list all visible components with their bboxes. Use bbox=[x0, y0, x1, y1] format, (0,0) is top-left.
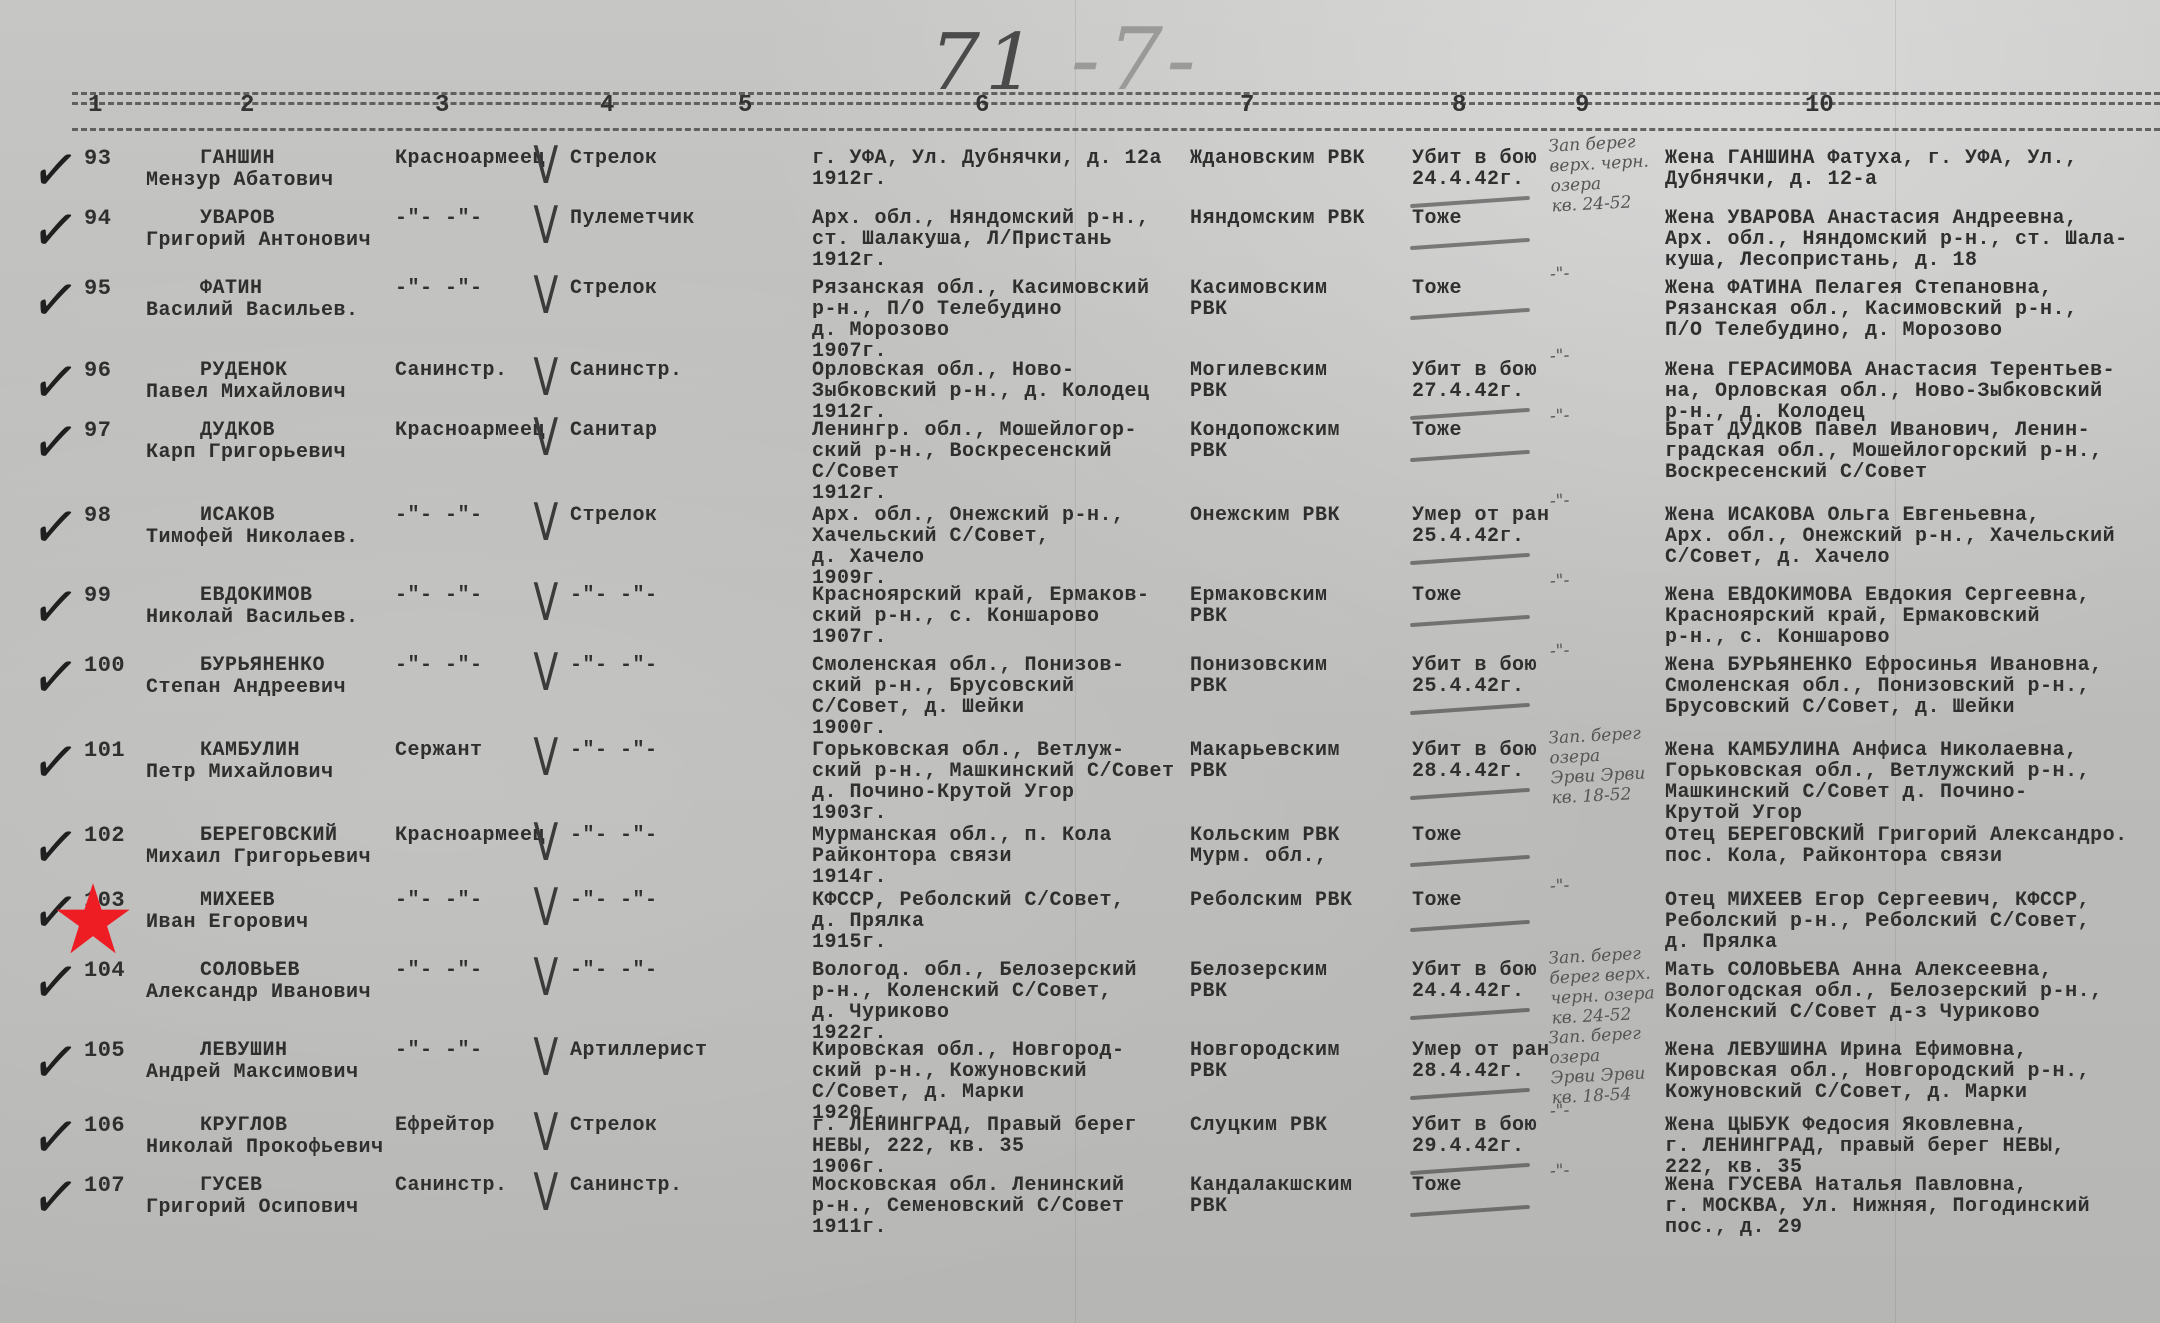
pencil-underline bbox=[1410, 920, 1530, 932]
fate-date: Тоже bbox=[1412, 890, 1462, 911]
next-of-kin: Жена ГАНШИНА Фатуха, г. УФА, Ул., Дубняч… bbox=[1665, 148, 2078, 190]
birthplace-year: КФССР, Реболский С/Совет, д. Прялка 1915… bbox=[812, 890, 1125, 953]
fate-date: Тоже bbox=[1412, 208, 1462, 229]
fate-date: Убит в бою 29.4.42г. bbox=[1412, 1115, 1537, 1157]
draft-office: Кандалакшским РВК bbox=[1190, 1175, 1353, 1217]
next-of-kin: Жена УВАРОВА Анастасия Андреевна, Арх. о… bbox=[1665, 208, 2128, 271]
burial-note: -"- bbox=[1549, 641, 1569, 662]
verify-mark-icon: V bbox=[533, 408, 558, 468]
rank: Санинстр. bbox=[395, 1175, 508, 1196]
position: Стрелок bbox=[570, 505, 658, 526]
column-number: 5 bbox=[738, 92, 752, 119]
verify-mark-icon: V bbox=[533, 493, 558, 553]
entry-number: 105 bbox=[84, 1040, 125, 1061]
fate-date: Убит в бою 27.4.42г. bbox=[1412, 360, 1537, 402]
next-of-kin: Жена КАМБУЛИНА Анфиса Николаевна, Горько… bbox=[1665, 740, 2090, 824]
next-of-kin: Брат ДУДКОВ Павел Иванович, Ленин- градс… bbox=[1665, 420, 2103, 483]
entry-number: 94 bbox=[84, 208, 111, 229]
birthplace-year: Арх. обл., Онежский р-н., Хачельский С/С… bbox=[812, 505, 1125, 589]
burial-note: -"- bbox=[1549, 1161, 1569, 1182]
pencil-underline bbox=[1410, 308, 1530, 320]
column-number: 7 bbox=[1240, 92, 1254, 119]
entry-number: 102 bbox=[84, 825, 125, 846]
position: Стрелок bbox=[570, 1115, 658, 1136]
given-name: Иван Егорович bbox=[146, 912, 309, 933]
fate-date: Тоже bbox=[1412, 278, 1462, 299]
draft-office: Новгородским РВК bbox=[1190, 1040, 1340, 1082]
surname: УВАРОВ bbox=[200, 208, 275, 229]
position: -"- -"- bbox=[570, 825, 658, 846]
column-number: 2 bbox=[240, 92, 254, 119]
fate-date: Убит в бою 25.4.42г. bbox=[1412, 655, 1537, 697]
check-mark-icon: ✓ bbox=[26, 722, 83, 803]
pencil-underline bbox=[1410, 553, 1530, 565]
surname: ГУСЕВ bbox=[200, 1175, 263, 1196]
check-mark-icon: ✓ bbox=[26, 1022, 83, 1103]
position: -"- -"- bbox=[570, 655, 658, 676]
verify-mark-icon: V bbox=[533, 573, 558, 633]
next-of-kin: Жена ИСАКОВА Ольга Евгеньевна, Арх. обл.… bbox=[1665, 505, 2115, 568]
star-icon bbox=[54, 880, 132, 958]
given-name: Николай Прокофьевич bbox=[146, 1137, 384, 1158]
surname: ЛЕВУШИН bbox=[200, 1040, 288, 1061]
rank: Санинстр. bbox=[395, 360, 508, 381]
next-of-kin: Жена ЕВДОКИМОВА Евдокия Сергеевна, Красн… bbox=[1665, 585, 2090, 648]
surname: КРУГЛОВ bbox=[200, 1115, 288, 1136]
birthplace-year: Орловская обл., Ново- Зыбковский р-н., д… bbox=[812, 360, 1150, 423]
given-name: Григорий Антонович bbox=[146, 230, 371, 251]
given-name: Андрей Максимович bbox=[146, 1062, 359, 1083]
check-mark-icon: ✓ bbox=[26, 260, 83, 341]
next-of-kin: Жена ГУСЕВА Наталья Павловна, г. МОСКВА,… bbox=[1665, 1175, 2090, 1238]
verify-mark-icon: V bbox=[533, 948, 558, 1008]
burial-note: Зап. берег берег верх. черн. озера кв. 2… bbox=[1548, 943, 1656, 1028]
burial-note: -"- bbox=[1549, 264, 1569, 285]
next-of-kin: Отец БЕРЕГОВСКИЙ Григорий Александро. по… bbox=[1665, 825, 2128, 867]
birthplace-year: Красноярский край, Ермаков- ский р-н., с… bbox=[812, 585, 1150, 648]
given-name: Петр Михайлович bbox=[146, 762, 334, 783]
draft-office: Понизовским РВК bbox=[1190, 655, 1328, 697]
burial-note: -"- bbox=[1549, 491, 1569, 512]
fate-date: Убит в бою 28.4.42г. bbox=[1412, 740, 1537, 782]
entry-number: 100 bbox=[84, 655, 125, 676]
given-name: Николай Васильев. bbox=[146, 607, 359, 628]
position: Санинстр. bbox=[570, 1175, 683, 1196]
verify-mark-icon: V bbox=[533, 643, 558, 703]
rank: -"- -"- bbox=[395, 585, 483, 606]
fate-date: Тоже bbox=[1412, 585, 1462, 606]
verify-mark-icon: V bbox=[533, 813, 558, 873]
birthplace-year: Рязанская обл., Касимовский р-н., П/О Те… bbox=[812, 278, 1150, 362]
surname: ГАНШИН bbox=[200, 148, 275, 169]
entry-number: 101 bbox=[84, 740, 125, 761]
draft-office: Кондопожским РВК bbox=[1190, 420, 1340, 462]
verify-mark-icon: V bbox=[533, 196, 558, 256]
rank: -"- -"- bbox=[395, 278, 483, 299]
column-number: 8 bbox=[1452, 92, 1466, 119]
burial-note: -"- bbox=[1549, 1101, 1569, 1122]
header-rule-bottom bbox=[72, 128, 2160, 131]
birthplace-year: Арх. обл., Няндомский р-н., ст. Шалакуша… bbox=[812, 208, 1150, 271]
position: Пулеметчик bbox=[570, 208, 695, 229]
draft-office: Ермаковским РВК bbox=[1190, 585, 1328, 627]
rank: -"- -"- bbox=[395, 208, 483, 229]
surname: БЕРЕГОВСКИЙ bbox=[200, 825, 338, 846]
next-of-kin: Жена ЛЕВУШИНА Ирина Ефимовна, Кировская … bbox=[1665, 1040, 2090, 1103]
next-of-kin: Жена ЦЫБУК Федосия Яковлевна, г. ЛЕНИНГР… bbox=[1665, 1115, 2065, 1178]
position: -"- -"- bbox=[570, 960, 658, 981]
position: Санинстр. bbox=[570, 360, 683, 381]
birthplace-year: г. УФА, Ул. Дубнячки, д. 12а 1912г. bbox=[812, 148, 1162, 190]
column-number: 9 bbox=[1575, 92, 1589, 119]
surname: КАМБУЛИН bbox=[200, 740, 300, 761]
next-of-kin: Жена БУРЬЯНЕНКО Ефросинья Ивановна, Смол… bbox=[1665, 655, 2103, 718]
birthplace-year: г. ЛЕНИНГРАД, Правый берег НЕВЫ, 222, кв… bbox=[812, 1115, 1137, 1178]
next-of-kin: Жена ФАТИНА Пелагея Степановна, Рязанска… bbox=[1665, 278, 2078, 341]
surname: ЕВДОКИМОВ bbox=[200, 585, 313, 606]
position: -"- -"- bbox=[570, 890, 658, 911]
draft-office: Могилевским РВК bbox=[1190, 360, 1328, 402]
verify-mark-icon: V bbox=[533, 1103, 558, 1163]
pencil-underline bbox=[1410, 1205, 1530, 1217]
fate-date: Убит в бою 24.4.42г. bbox=[1412, 960, 1537, 1002]
pencil-underline bbox=[1410, 703, 1530, 715]
rank: Сержант bbox=[395, 740, 483, 761]
rank: Красноармеец bbox=[395, 825, 545, 846]
fate-date: Тоже bbox=[1412, 420, 1462, 441]
rank: Красноармеец bbox=[395, 420, 545, 441]
birthplace-year: Мурманская обл., п. Кола Райконтора связ… bbox=[812, 825, 1112, 888]
rank: Ефрейтор bbox=[395, 1115, 495, 1136]
given-name: Михаил Григорьевич bbox=[146, 847, 371, 868]
burial-note: Зап берег верх. черн. озера кв. 24-52 bbox=[1548, 131, 1651, 216]
position: Стрелок bbox=[570, 148, 658, 169]
verify-mark-icon: V bbox=[533, 266, 558, 326]
rank: -"- -"- bbox=[395, 1040, 483, 1061]
given-name: Григорий Осипович bbox=[146, 1197, 359, 1218]
pencil-underline bbox=[1410, 1088, 1530, 1100]
check-mark-icon: ✓ bbox=[26, 487, 83, 568]
entry-number: 106 bbox=[84, 1115, 125, 1136]
given-name: Александр Иванович bbox=[146, 982, 371, 1003]
given-name: Мензур Абатович bbox=[146, 170, 334, 191]
next-of-kin: Мать СОЛОВЬЕВА Анна Алексеевна, Вологодс… bbox=[1665, 960, 2103, 1023]
burial-note: -"- bbox=[1549, 346, 1569, 367]
verify-mark-icon: V bbox=[533, 878, 558, 938]
entry-number: 99 bbox=[84, 585, 111, 606]
rank: -"- -"- bbox=[395, 655, 483, 676]
verify-mark-icon: V bbox=[533, 728, 558, 788]
entry-number: 93 bbox=[84, 148, 111, 169]
check-mark-icon: ✓ bbox=[26, 567, 83, 648]
column-number: 1 bbox=[88, 92, 102, 119]
rank: -"- -"- bbox=[395, 960, 483, 981]
scanned-register-page: 71 -7- 12345678910 ✓93ГАНШИНМензур Абато… bbox=[0, 0, 2160, 1323]
pencil-underline bbox=[1410, 855, 1530, 867]
birthplace-year: Горьковская обл., Ветлуж- ский р-н., Маш… bbox=[812, 740, 1175, 824]
birthplace-year: Кировская обл., Новгород- ский р-н., Кож… bbox=[812, 1040, 1125, 1124]
sheet-number: 71 -7- bbox=[919, 10, 1213, 110]
rank: Красноармеец bbox=[395, 148, 545, 169]
draft-office: Касимовским РВК bbox=[1190, 278, 1328, 320]
position: Санитар bbox=[570, 420, 658, 441]
given-name: Карп Григорьевич bbox=[146, 442, 346, 463]
verify-mark-icon: V bbox=[533, 1163, 558, 1223]
next-of-kin: Жена ГЕРАСИМОВА Анастасия Терентьев- на,… bbox=[1665, 360, 2115, 423]
entry-number: 95 bbox=[84, 278, 111, 299]
position: -"- -"- bbox=[570, 585, 658, 606]
column-number: 6 bbox=[975, 92, 989, 119]
draft-office: Реболским РВК bbox=[1190, 890, 1353, 911]
given-name: Павел Михайлович bbox=[146, 382, 346, 403]
rank: -"- -"- bbox=[395, 505, 483, 526]
entry-number: 104 bbox=[84, 960, 125, 981]
surname: БУРЬЯНЕНКО bbox=[200, 655, 325, 676]
draft-office: Ждановским РВК bbox=[1190, 148, 1365, 169]
draft-office: Белозерским РВК bbox=[1190, 960, 1328, 1002]
draft-office: Кольским РВК Мурм. обл., bbox=[1190, 825, 1340, 867]
burial-note: -"- bbox=[1549, 406, 1569, 427]
pencil-underline bbox=[1410, 788, 1530, 800]
fate-date: Тоже bbox=[1412, 1175, 1462, 1196]
column-number: 10 bbox=[1805, 92, 1834, 119]
draft-office: Няндомским РВК bbox=[1190, 208, 1365, 229]
rank: -"- -"- bbox=[395, 890, 483, 911]
burial-note: Зап. берег озера Эрви Эрви кв. 18-52 bbox=[1548, 724, 1647, 809]
position: Стрелок bbox=[570, 278, 658, 299]
birthplace-year: Московская обл. Ленинский р-н., Семеновс… bbox=[812, 1175, 1125, 1238]
burial-note: -"- bbox=[1549, 571, 1569, 592]
entry-number: 96 bbox=[84, 360, 111, 381]
birthplace-year: Вологод. обл., Белозерский р-н., Коленск… bbox=[812, 960, 1137, 1044]
surname: ДУДКОВ bbox=[200, 420, 275, 441]
check-mark-icon: ✓ bbox=[26, 637, 83, 718]
given-name: Василий Васильев. bbox=[146, 300, 359, 321]
surname: ФАТИН bbox=[200, 278, 263, 299]
surname: РУДЕНОК bbox=[200, 360, 288, 381]
column-number: 3 bbox=[435, 92, 449, 119]
pencil-underline bbox=[1410, 238, 1530, 250]
pencil-underline bbox=[1410, 1008, 1530, 1020]
burial-note: -"- bbox=[1549, 876, 1569, 897]
fate-date: Убит в бою 24.4.42г. bbox=[1412, 148, 1537, 190]
header-rule-top-2 bbox=[72, 102, 2160, 105]
fate-date: Тоже bbox=[1412, 825, 1462, 846]
verify-mark-icon: V bbox=[533, 136, 558, 196]
surname: ИСАКОВ bbox=[200, 505, 275, 526]
position: Артиллерист bbox=[570, 1040, 708, 1061]
fate-date: Умер от ран 25.4.42г. bbox=[1412, 505, 1550, 547]
given-name: Тимофей Николаев. bbox=[146, 527, 359, 548]
entry-number: 107 bbox=[84, 1175, 125, 1196]
position: -"- -"- bbox=[570, 740, 658, 761]
draft-office: Макарьевским РВК bbox=[1190, 740, 1340, 782]
birthplace-year: Смоленская обл., Понизов- ский р-н., Бру… bbox=[812, 655, 1125, 739]
next-of-kin: Отец МИХЕЕВ Егор Сергеевич, КФССР, Ребол… bbox=[1665, 890, 2090, 953]
column-number: 4 bbox=[600, 92, 614, 119]
burial-note: Зап. берег озера Эрви Эрви кв. 18-54 bbox=[1548, 1024, 1647, 1109]
given-name: Степан Андреевич bbox=[146, 677, 346, 698]
birthplace-year: Ленингр. обл., Мошейлогор- ский р-н., Во… bbox=[812, 420, 1137, 504]
header-rule-top bbox=[72, 92, 2160, 95]
fate-date: Умер от ран 28.4.42г. bbox=[1412, 1040, 1550, 1082]
surname: СОЛОВЬЕВ bbox=[200, 960, 300, 981]
surname: МИХЕЕВ bbox=[200, 890, 275, 911]
entry-number: 98 bbox=[84, 505, 111, 526]
verify-mark-icon: V bbox=[533, 1028, 558, 1088]
entry-number: 97 bbox=[84, 420, 111, 441]
pencil-underline bbox=[1410, 615, 1530, 627]
verify-mark-icon: V bbox=[533, 348, 558, 408]
draft-office: Слуцким РВК bbox=[1190, 1115, 1328, 1136]
pencil-underline bbox=[1410, 450, 1530, 462]
draft-office: Онежским РВК bbox=[1190, 505, 1340, 526]
